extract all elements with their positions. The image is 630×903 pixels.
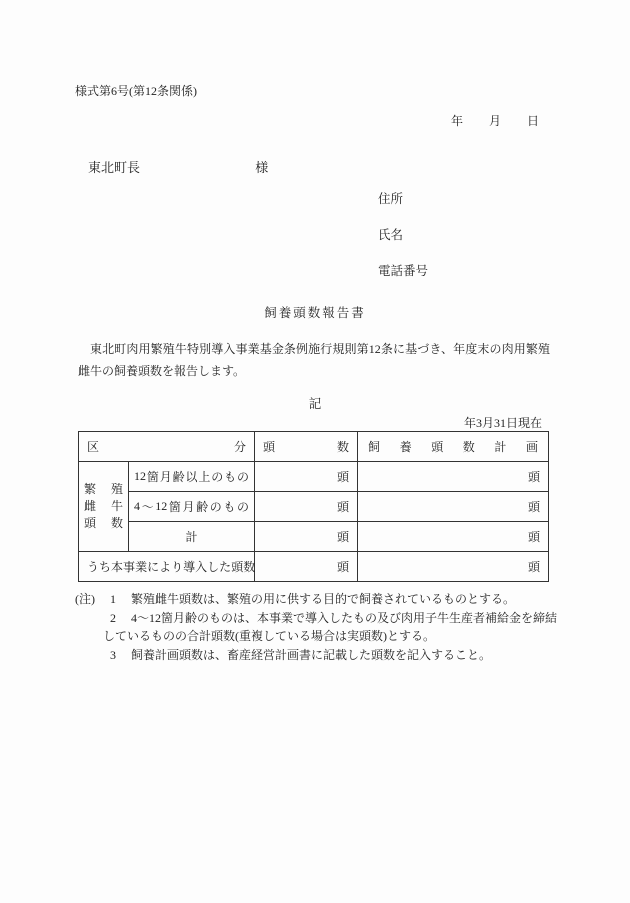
note-item-3: 3 飼養計画頭数は、畜産経営計画書に記載した頭数を記入すること。 [75,646,565,665]
note-item-2: 2 4～12箇月齢のものは、本事業で導入したもの及び肉用子牛生産者補給金を締結 [75,609,565,628]
count-unit-cell: 頭 [255,492,358,522]
note-text: 繁殖雌牛頭数は、繁殖の用に供する目的で飼養されているものとする。 [131,590,565,609]
header-category-cell: 区分 [79,432,255,462]
group-label-line-2: 雌牛 [79,498,128,515]
header-plan: 飼養頭数計画 [358,438,548,455]
plan-unit-cell: 頭 [358,492,549,522]
note-text: 飼養計画頭数は、畜産経営計画書に記載した頭数を記入すること。 [131,646,565,665]
row-label-4-12-months: 4～12箇月齢のもの [129,498,254,515]
addressee-name: 東北町長 [88,160,140,175]
addressee-line: 東北町長 様 [88,157,268,176]
header-category: 区分 [79,438,254,455]
sender-field-phone: 電話番号 [378,264,428,278]
row-label-12-months: 12箇月齢以上のもの [129,468,254,485]
sender-field-address: 住所 [378,192,428,206]
footer-row-label-cell: うち本事業により導入した頭数 [79,552,255,582]
row-label-total-cell: 計 [129,522,255,552]
count-unit-cell: 頭 [255,462,358,492]
header-plan-cell: 飼養頭数計画 [358,432,549,462]
count-unit-cell: 頭 [255,522,358,552]
document-title: 飼養頭数報告書 [0,303,630,321]
date-month-label: 月 [489,112,501,129]
note-item-2-continued: しているものの合計頭数(重複している場合は実頭数)とする。 [75,627,565,646]
note-text: しているものの合計頭数(重複している場合は実頭数)とする。 [103,627,565,646]
notes-section: (注) 1 繁殖雌牛頭数は、繁殖の用に供する目的で飼養されているものとする。 2… [75,590,565,664]
group-label-cell: 繁殖 雌牛 頭数 [79,462,129,552]
plan-unit-cell: 頭 [358,522,549,552]
date-day-label: 日 [527,112,539,129]
date-line: 年 月 日 [451,112,539,129]
table-header-row: 区分 頭数 飼養頭数計画 [79,432,549,462]
header-count: 頭数 [255,438,357,455]
livestock-table: 区分 頭数 飼養頭数計画 繁殖 雌牛 頭数 12箇月齢以上のもの 頭 [78,431,549,582]
date-year-label: 年 [451,112,463,129]
table-row: 4～12箇月齢のもの 頭 頭 [79,492,549,522]
group-label-line-1: 繁殖 [79,481,128,498]
ki-heading: 記 [0,394,630,412]
table-row: 繁殖 雌牛 頭数 12箇月齢以上のもの 頭 頭 [79,462,549,492]
note-number: 1 [110,590,131,609]
note-item-1: (注) 1 繁殖雌牛頭数は、繁殖の用に供する目的で飼養されているものとする。 [75,590,565,609]
plan-unit-cell: 頭 [358,552,549,582]
footer-row-label: うち本事業により導入した頭数 [79,558,254,575]
group-label-line-3: 頭数 [79,515,128,532]
sender-block: 住所 氏名 電話番号 [378,192,428,300]
plan-unit-cell: 頭 [358,462,549,492]
addressee-honorific: 様 [255,160,268,175]
body-paragraph: 東北町肉用繁殖牛特別導入事業基金条例施行規則第12条に基づき、年度末の肉用繁殖雌… [78,338,550,382]
table-footer-row: うち本事業により導入した頭数 頭 頭 [79,552,549,582]
document-page: 様式第6号(第12条関係) 年 月 日 東北町長 様 住所 氏名 電話番号 飼養… [0,0,630,903]
row-label-12-months-cell: 12箇月齢以上のもの [129,462,255,492]
note-number: 3 [110,646,131,665]
as-of-date: 年3月31日現在 [78,414,542,431]
note-number: 2 [110,609,131,628]
form-number: 様式第6号(第12条関係) [75,82,197,99]
sender-field-name: 氏名 [378,228,428,242]
count-unit-cell: 頭 [255,552,358,582]
notes-label: (注) [75,590,110,609]
note-text: 4～12箇月齢のものは、本事業で導入したもの及び肉用子牛生産者補給金を締結 [131,609,565,628]
row-label-4-12-months-cell: 4～12箇月齢のもの [129,492,255,522]
table-row: 計 頭 頭 [79,522,549,552]
header-count-cell: 頭数 [255,432,358,462]
